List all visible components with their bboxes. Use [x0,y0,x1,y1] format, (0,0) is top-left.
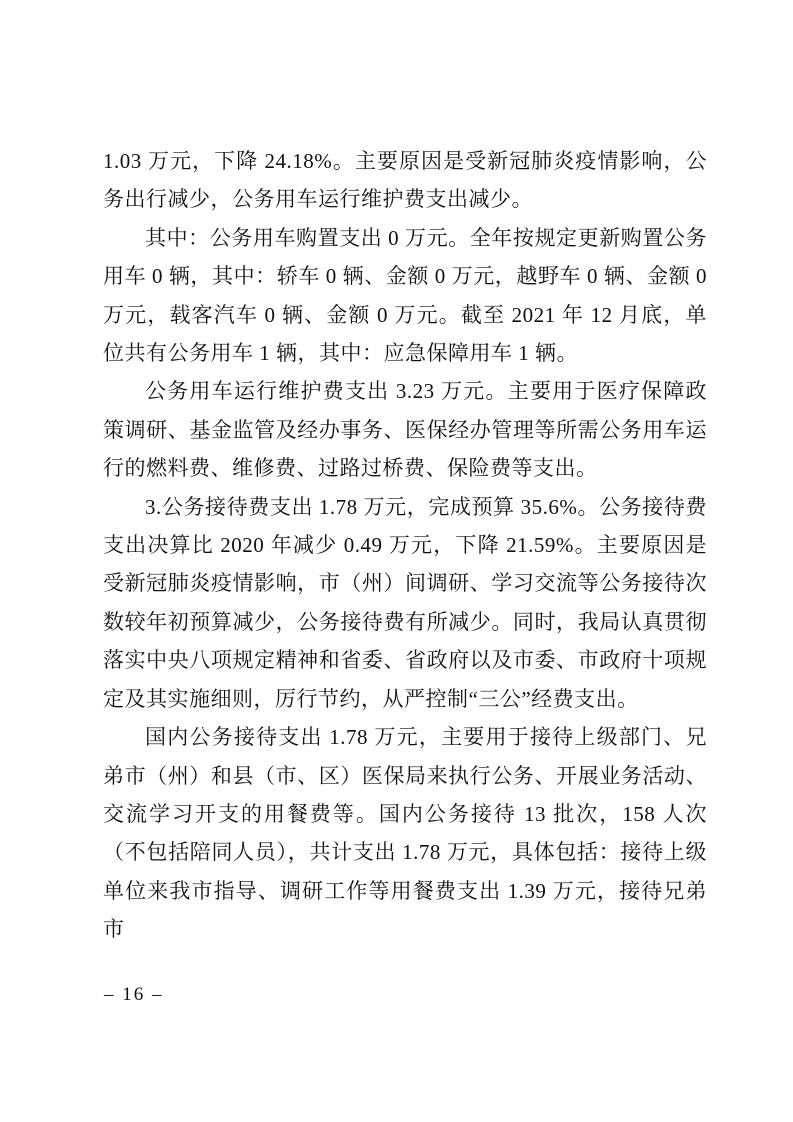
page-number: – 16 – [104,982,164,1008]
paragraph-official-reception-expense: 3.公务接待费支出 1.78 万元，完成预算 35.6%。公务接待费支出决算比 … [103,488,707,718]
document-page: 1.03 万元，下降 24.18%。主要原因是受新冠肺炎疫情影响，公务出行减少，… [0,0,793,1122]
paragraph-vehicle-maintenance: 公务用车运行维护费支出 3.23 万元。主要用于医疗保障政策调研、基金监管及经办… [103,372,707,487]
paragraph-three-public-funds-continuation: 1.03 万元，下降 24.18%。主要原因是受新冠肺炎疫情影响，公务出行减少，… [103,142,707,219]
document-body: 1.03 万元，下降 24.18%。主要原因是受新冠肺炎疫情影响，公务出行减少，… [103,142,707,949]
paragraph-vehicle-purchase: 其中：公务用车购置支出 0 万元。全年按规定更新购置公务用车 0 辆，其中：轿车… [103,219,707,373]
paragraph-domestic-reception-detail: 国内公务接待支出 1.78 万元，主要用于接待上级部门、兄弟市（州）和县（市、区… [103,718,707,948]
